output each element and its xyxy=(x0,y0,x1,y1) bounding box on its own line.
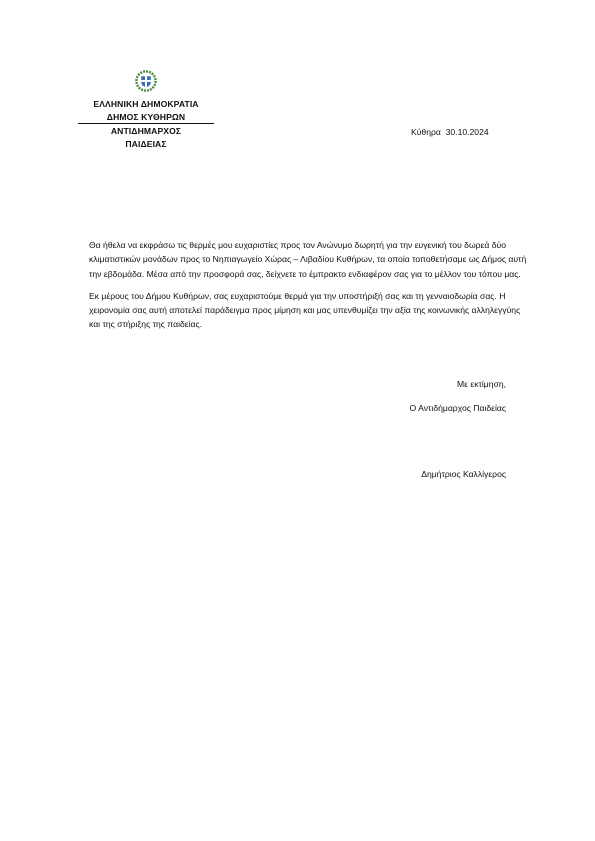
letterhead-office: ΑΝΤΙΔΗΜΑΡΧΟΣ xyxy=(78,125,214,138)
letter-body: Θα ήθελα να εκφράσω τις θερμές μου ευχαρ… xyxy=(89,238,529,340)
signatory-name: Δημήτριος Καλλίγερος xyxy=(421,469,506,479)
letterhead-divider xyxy=(78,123,214,124)
letterhead-municipality: ΔΗΜΟΣ ΚΥΘΗΡΩΝ xyxy=(78,111,214,124)
signatory-title: Ο Αντιδήμαρχος Παιδείας xyxy=(410,403,506,413)
letterhead-department: ΠΑΙΔΕΙΑΣ xyxy=(78,138,214,151)
letterhead: ΕΛΛΗΝΙΚΗ ΔΗΜΟΚΡΑΤΙΑ ΔΗΜΟΣ ΚΥΘΗΡΩΝ ΑΝΤΙΔΗ… xyxy=(78,70,214,150)
letterhead-republic: ΕΛΛΗΝΙΚΗ ΔΗΜΟΚΡΑΤΙΑ xyxy=(78,98,214,111)
body-paragraph-1: Θα ήθελα να εκφράσω τις θερμές μου ευχαρ… xyxy=(89,238,529,281)
letter-page: ΕΛΛΗΝΙΚΗ ΔΗΜΟΚΡΑΤΙΑ ΔΗΜΟΣ ΚΥΘΗΡΩΝ ΑΝΤΙΔΗ… xyxy=(0,0,595,841)
body-paragraph-2: Εκ μέρους του Δήμου Κυθήρων, σας ευχαρισ… xyxy=(89,289,529,332)
closing-salutation: Με εκτίμηση, xyxy=(457,379,506,389)
greek-coat-of-arms-icon xyxy=(135,70,157,92)
place-and-date: Κύθηρα 30.10.2024 xyxy=(411,127,489,137)
